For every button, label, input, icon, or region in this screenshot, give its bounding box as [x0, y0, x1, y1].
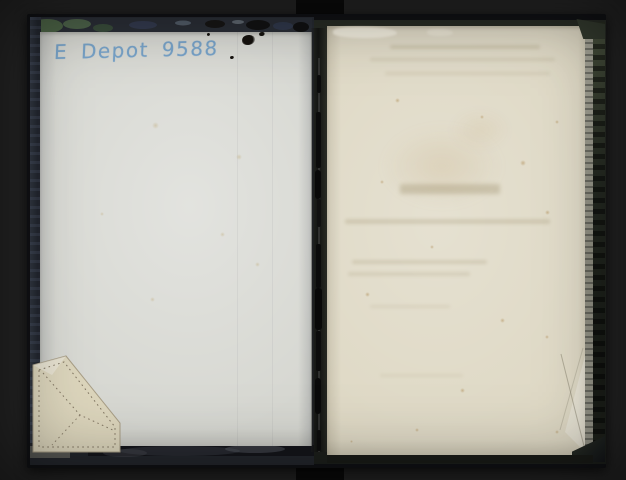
showthrough-text-line: [390, 45, 540, 49]
ink-speck: [259, 32, 265, 36]
foxing-spot: [520, 160, 526, 166]
showthrough-text-line: [380, 374, 463, 377]
marble-green-blob: [93, 24, 113, 32]
paper-stain: [152, 122, 159, 129]
foxing-spot: [415, 428, 419, 432]
showthrough-text-line: [370, 305, 450, 308]
scan-photo: E Depot 9588: [0, 0, 626, 480]
foxing-spot: [555, 120, 559, 124]
ink-cluster: [205, 20, 225, 28]
stitch-segment: [317, 75, 321, 93]
foxing-spot: [380, 180, 384, 184]
marble-light-speck: [232, 20, 244, 24]
gutter-stitching: [311, 28, 327, 452]
foxing-spot: [365, 292, 370, 297]
showthrough-text-line: [370, 58, 555, 61]
foxing-spot: [395, 98, 400, 103]
white-residue-patch: [427, 29, 453, 36]
cover-right-edge: [593, 22, 605, 462]
stitch-segment: [316, 112, 321, 168]
ink-speck: [230, 56, 234, 59]
marble-blue-blob: [273, 22, 293, 30]
stitch-segment: [316, 244, 321, 288]
foxing-spot: [430, 245, 434, 249]
marble-blue-blob: [129, 21, 157, 29]
white-residue-patch: [333, 27, 397, 38]
foxing-spot: [545, 335, 549, 339]
page-crease-line: [237, 32, 238, 446]
gutter: [311, 28, 327, 452]
foxing-spot: [460, 388, 465, 393]
paper-stain: [255, 262, 260, 267]
foxing-spot: [480, 115, 484, 119]
bottom-edge-smudge: [225, 445, 285, 453]
foxing-spot: [350, 440, 353, 443]
stitch-segment: [317, 430, 321, 451]
ink-cluster: [293, 22, 309, 32]
stitch-segment: [315, 170, 321, 199]
foxing-spot: [500, 318, 505, 323]
showthrough-text-line: [348, 272, 470, 276]
right-page-bottom-shadow: [327, 455, 593, 463]
marble-green-blob: [63, 19, 91, 29]
page-crease-line: [272, 32, 273, 446]
ink-smudge: [242, 35, 255, 45]
paper-stain: [150, 297, 155, 302]
showthrough-text-line: [352, 260, 487, 264]
stitch-segment: [315, 378, 321, 414]
foxing-spot: [545, 210, 550, 215]
paper-stain: [220, 232, 225, 237]
handwritten-shelfmark: E Depot 9588: [53, 36, 219, 64]
showthrough-title: [400, 184, 500, 194]
paper-stain: [236, 154, 242, 160]
stitch-segment: [317, 199, 321, 227]
stitch-segment: [315, 288, 322, 330]
marble-light-speck: [175, 21, 191, 26]
right-page-flyleaf: [327, 26, 588, 456]
showthrough-text-line: [385, 72, 550, 75]
stitch-segment: [316, 331, 321, 371]
corner-repair-patch: [30, 353, 122, 455]
paper-stain: [100, 212, 104, 216]
showthrough-text-line: [345, 219, 550, 224]
ink-cluster: [246, 20, 270, 30]
fold-crease: [557, 346, 588, 456]
